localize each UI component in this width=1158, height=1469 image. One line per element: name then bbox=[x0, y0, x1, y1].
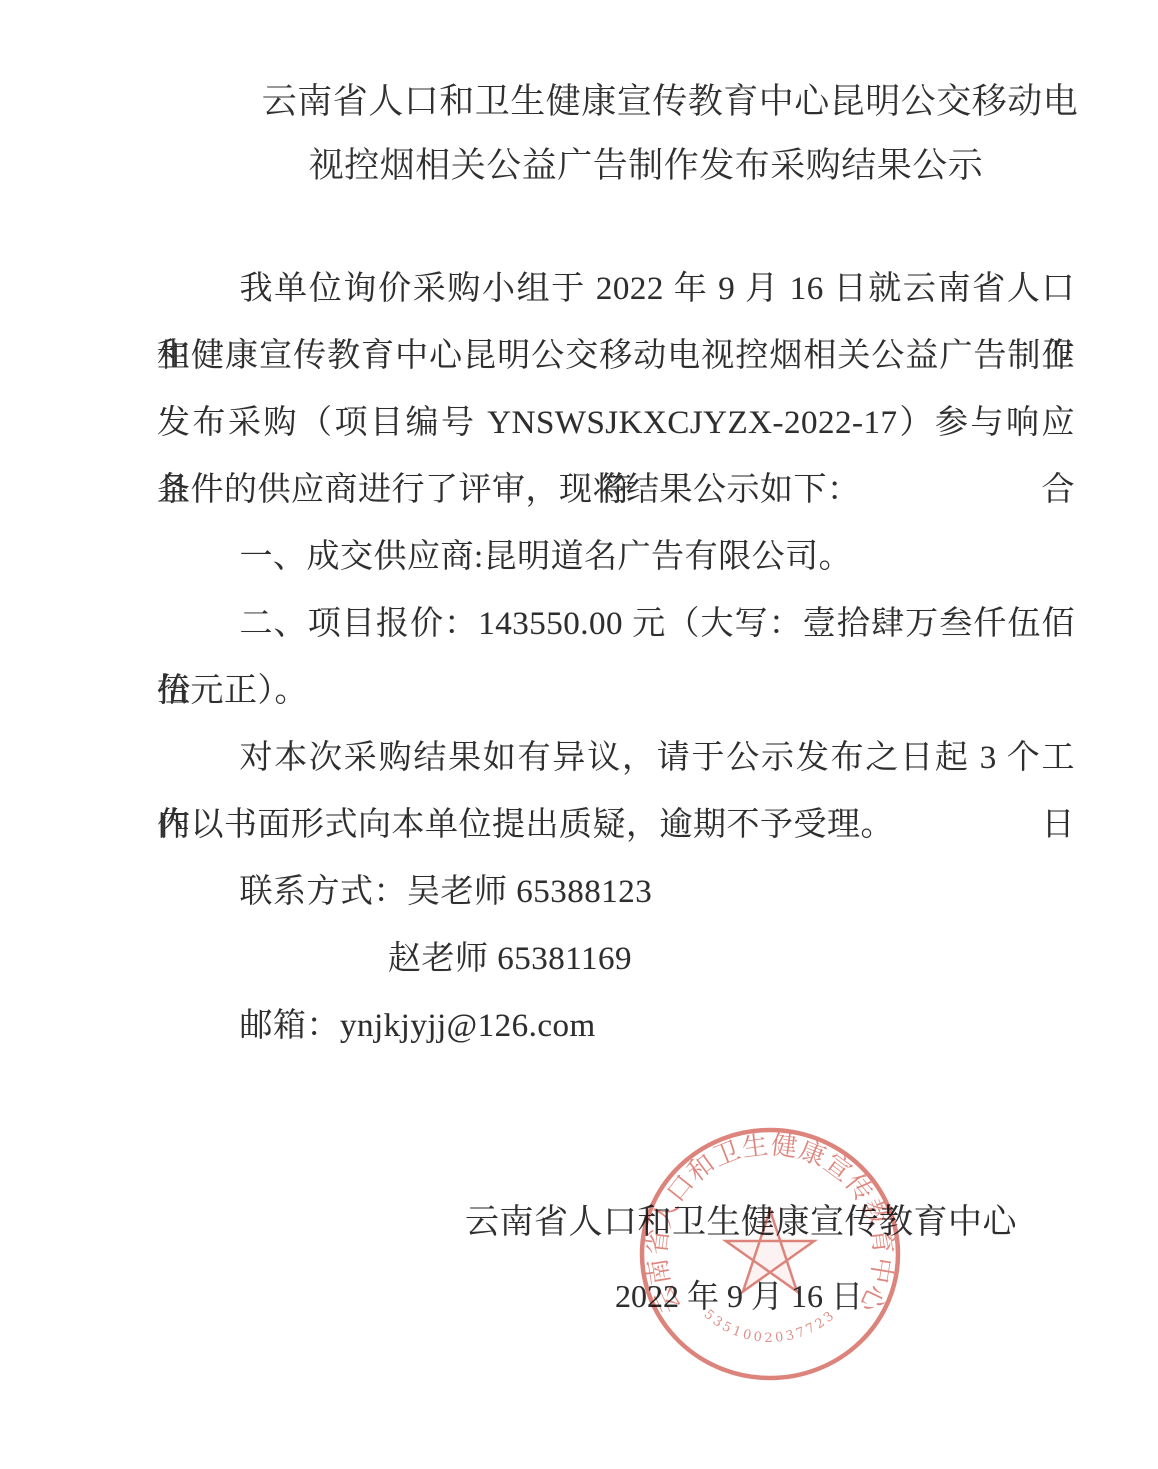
body-line: 对本次采购结果如有异议，请于公示发布之日起 3 个工作日 bbox=[157, 725, 1075, 792]
document-title: 云南省人口和卫生健康宣传教育中心昆明公交移动电 视控烟相关公益广告制作发布采购结… bbox=[0, 70, 1158, 198]
body-line: 我单位询价采购小组于 2022 年 9 月 16 日就云南省人口和卫 bbox=[157, 256, 1075, 323]
title-line-2: 视控烟相关公益广告制作发布采购结果公示 bbox=[0, 134, 1158, 198]
scanned-document-page: 云南省人口和卫生健康宣传教育中心昆明公交移动电 视控烟相关公益广告制作发布采购结… bbox=[0, 0, 1158, 1469]
signature-org: 云南省人口和卫生健康宣传教育中心 bbox=[465, 1205, 1013, 1241]
body-lines: 我单位询价采购小组于 2022 年 9 月 16 日就云南省人口和卫生健康宣传教… bbox=[157, 256, 1075, 1060]
body-line: 拾元正）。 bbox=[157, 658, 1075, 725]
signature-date: 2022 年 9 月 16 日 bbox=[465, 1279, 1013, 1313]
body-line: 二、项目报价：143550.00 元（大写：壹拾肆万叁仟伍佰伍 bbox=[157, 591, 1075, 658]
body-line: 邮箱：ynjkjyjj@126.com bbox=[157, 993, 1075, 1060]
body-line: 生健康宣传教育中心昆明公交移动电视控烟相关公益广告制作 bbox=[157, 323, 1075, 390]
seal-ring-icon bbox=[642, 1130, 898, 1378]
body-line: 赵老师 65381169 bbox=[157, 926, 1075, 993]
body-line: 联系方式：吴老师 65388123 bbox=[157, 859, 1075, 926]
title-line-1: 云南省人口和卫生健康宣传教育中心昆明公交移动电 bbox=[0, 70, 1158, 134]
body-line: 发布采购（项目编号 YNSWSJKXCJYZX-2022-17）参与响应且符合 bbox=[157, 390, 1075, 457]
official-seal-stamp: 云南省人口和卫生健康宣传教育中心 5351002037723 bbox=[634, 1122, 906, 1388]
body-line: 一、成交供应商:昆明道名广告有限公司。 bbox=[157, 524, 1075, 591]
